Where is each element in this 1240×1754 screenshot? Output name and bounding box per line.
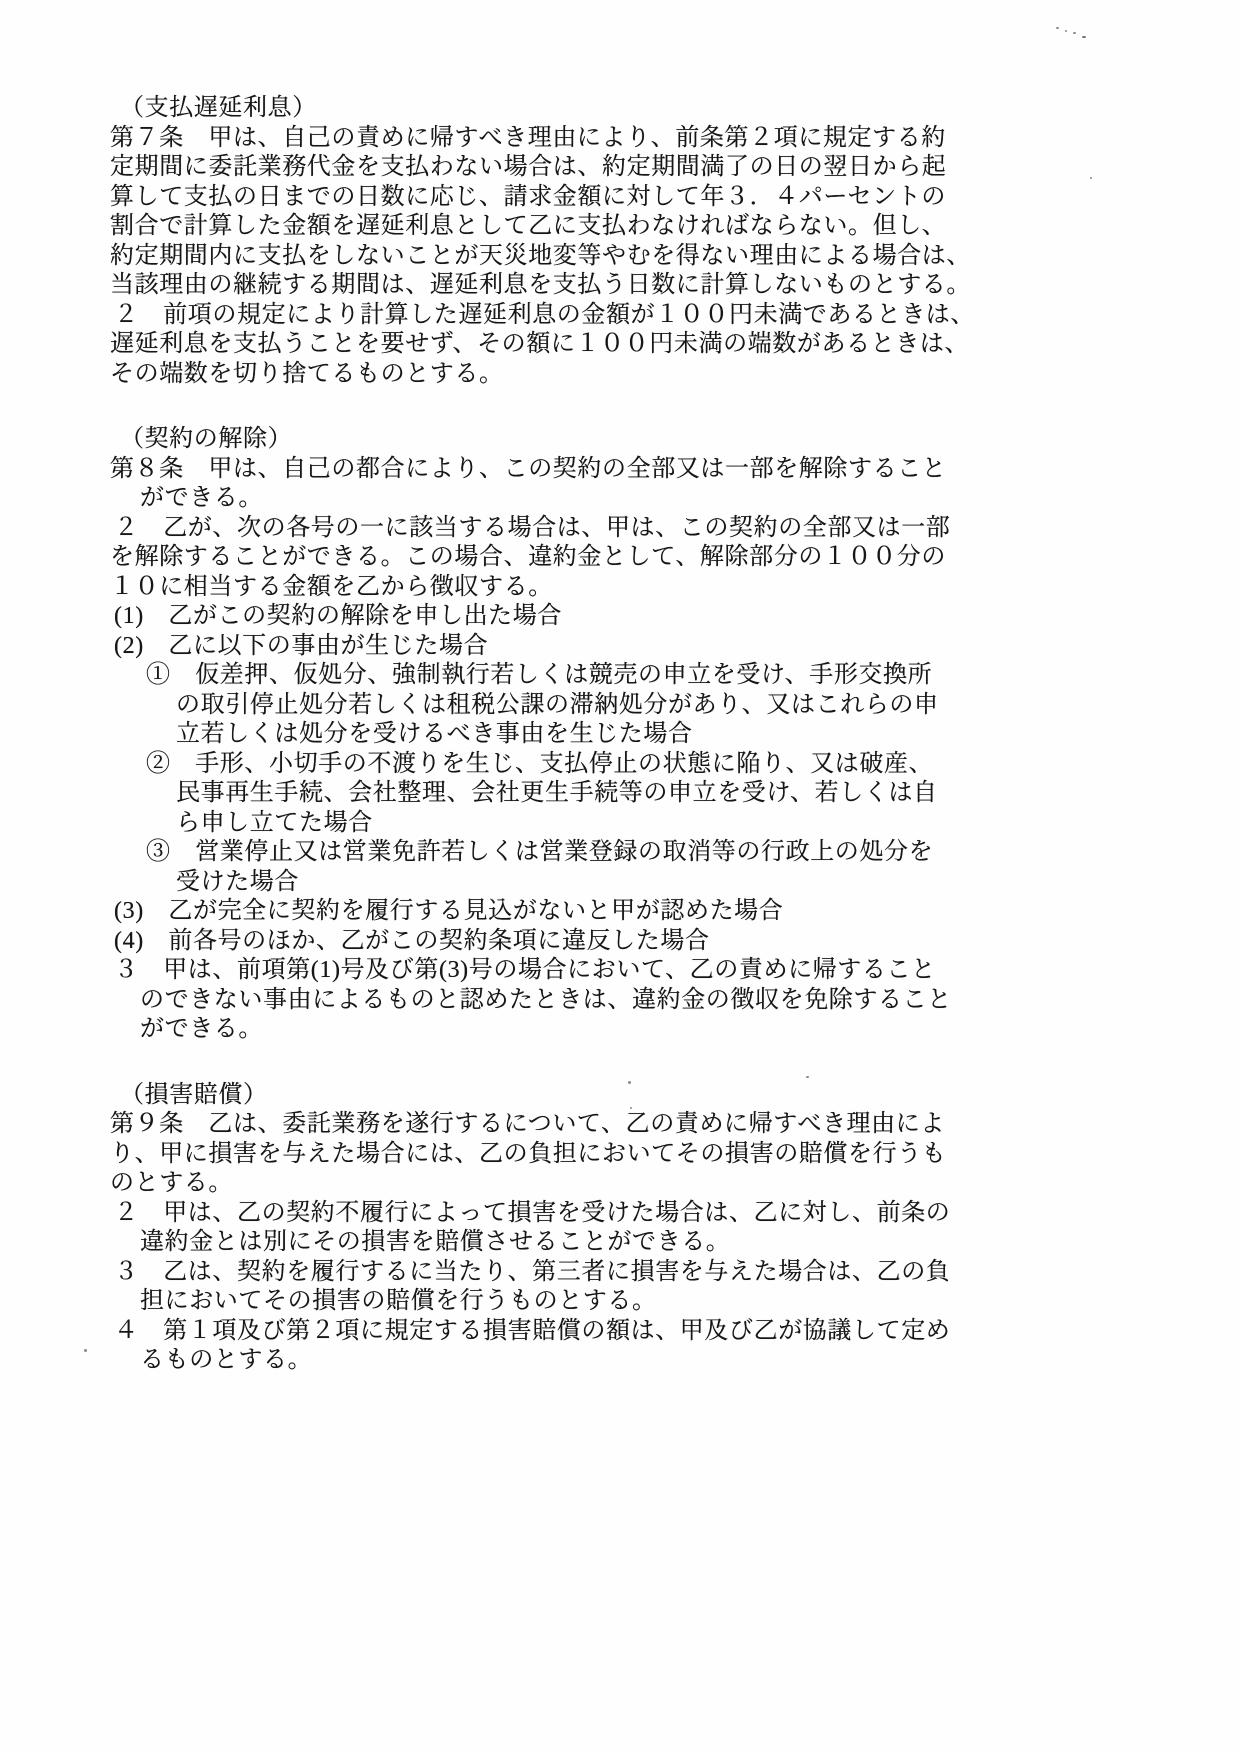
text-line: 当該理由の継続する期間は、遅延利息を支払う日数に計算しないものとする。 [110, 271, 1120, 301]
text-line: (4) 前各号のほか、乙がこの契約条項に違反した場合 [110, 927, 1120, 957]
text-line: 割合で計算した金額を遅延利息として乙に支払わなければならない。但し、 [110, 212, 1120, 242]
text-line: り、甲に損害を与えた場合には、乙の負担においてその損害の賠償を行うも [110, 1140, 1120, 1170]
section-heading: （支払遅延利息） [110, 94, 1120, 124]
text-line: のとする。 [110, 1169, 1120, 1199]
text-line: るものとする。 [110, 1346, 1120, 1376]
text-line: ② 手形、小切手の不渡りを生じ、支払停止の状態に陥り、又は破産、 [110, 750, 1120, 780]
scanned-page: （支払遅延利息）第７条 甲は、自己の責めに帰すべき理由により、前条第２項に規定す… [0, 0, 1240, 1754]
text-line: ができる。 [110, 484, 1120, 514]
text-line: 民事再生手続、会社整理、会社更生手続等の申立を受け、若しくは自 [110, 779, 1120, 809]
section-payment-delay-interest: （支払遅延利息）第７条 甲は、自己の責めに帰すべき理由により、前条第２項に規定す… [110, 94, 1120, 389]
text-line: １０に相当する金額を乙から徴収する。 [110, 573, 1120, 603]
text-line: ３ 甲は、前項第(1)号及び第(3)号の場合において、乙の責めに帰すること [110, 956, 1120, 986]
text-line: 受けた場合 [110, 868, 1120, 898]
section-heading: （損害賠償） [110, 1081, 1120, 1111]
text-line: (2) 乙に以下の事由が生じた場合 [110, 632, 1120, 662]
text-line: ２ 甲は、乙の契約不履行によって損害を受けた場合は、乙に対し、前条の [110, 1199, 1120, 1229]
scan-speck [84, 1349, 87, 1352]
scan-speck [1073, 32, 1076, 34]
text-line: 約定期間内に支払をしないことが天災地変等やむを得ない理由による場合は、 [110, 242, 1120, 272]
text-line: 算して支払の日までの日数に応じ、請求金額に対して年３．４パーセントの [110, 183, 1120, 213]
scan-speck [1056, 27, 1059, 29]
text-line: ① 仮差押、仮処分、強制執行若しくは競売の申立を受け、手形交換所 [110, 661, 1120, 691]
text-line: (3) 乙が完全に契約を履行する見込がないと甲が認めた場合 [110, 897, 1120, 927]
section-contract-termination: （契約の解除）第８条 甲は、自己の都合により、この契約の全部又は一部を解除するこ… [110, 425, 1120, 1045]
text-line: 第７条 甲は、自己の責めに帰すべき理由により、前条第２項に規定する約 [110, 124, 1120, 154]
section-damages: （損害賠償）第９条 乙は、委託業務を遂行するについて、乙の責めに帰すべき理由によ… [110, 1081, 1120, 1376]
text-line: のできない事由によるものと認めたときは、違約金の徴収を免除すること [110, 986, 1120, 1016]
text-line: ③ 営業停止又は営業免許若しくは営業登録の取消等の行政上の処分を [110, 838, 1120, 868]
text-line: を解除することができる。この場合、違約金として、解除部分の１００分の [110, 543, 1120, 573]
document-body: （支払遅延利息）第７条 甲は、自己の責めに帰すべき理由により、前条第２項に規定す… [110, 94, 1120, 1412]
text-line: 立若しくは処分を受けるべき事由を生じた場合 [110, 720, 1120, 750]
text-line: ４ 第１項及び第２項に規定する損害賠償の額は、甲及び乙が協議して定め [110, 1317, 1120, 1347]
text-line: (1) 乙がこの契約の解除を申し出た場合 [110, 602, 1120, 632]
scan-speck [1065, 30, 1067, 32]
scan-speck [1082, 36, 1086, 38]
text-line: 第８条 甲は、自己の都合により、この契約の全部又は一部を解除すること [110, 455, 1120, 485]
text-line: 第９条 乙は、委託業務を遂行するについて、乙の責めに帰すべき理由によ [110, 1110, 1120, 1140]
text-line: ３ 乙は、契約を履行するに当たり、第三者に損害を与えた場合は、乙の負 [110, 1258, 1120, 1288]
section-heading: （契約の解除） [110, 425, 1120, 455]
text-line: ができる。 [110, 1015, 1120, 1045]
text-line: ２ 前項の規定により計算した遅延利息の金額が１００円未満であるときは、 [110, 301, 1120, 331]
text-line: その端数を切り捨てるものとする。 [110, 360, 1120, 390]
text-line: の取引停止処分若しくは租税公課の滞納処分があり、又はこれらの申 [110, 691, 1120, 721]
text-line: 担においてその損害の賠償を行うものとする。 [110, 1287, 1120, 1317]
text-line: 遅延利息を支払うことを要せず、その額に１００円未満の端数があるときは、 [110, 330, 1120, 360]
text-line: 定期間に委託業務代金を支払わない場合は、約定期間満了の日の翌日から起 [110, 153, 1120, 183]
text-line: ２ 乙が、次の各号の一に該当する場合は、甲は、この契約の全部又は一部 [110, 514, 1120, 544]
text-line: ら申し立てた場合 [110, 809, 1120, 839]
text-line: 違約金とは別にその損害を賠償させることができる。 [110, 1228, 1120, 1258]
